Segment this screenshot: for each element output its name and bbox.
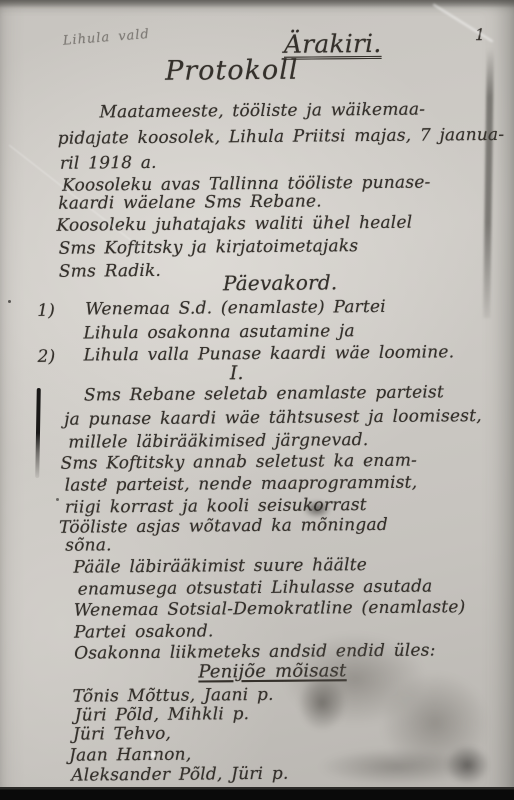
member-name: Aleksander Põld, Jüri p.: [71, 763, 288, 787]
handwriting-line: sõna.: [65, 534, 112, 556]
agenda-heading: Päevakord.: [223, 271, 338, 294]
handwriting-line: Lihula osakonna asutamine ja: [83, 320, 355, 344]
handwriting-line: Sms Rebane seletab enamlaste parteist: [84, 381, 444, 406]
handwriting-line: Wenemaa Sotsial-Demokratline (enamlaste): [74, 596, 466, 621]
doc-title: Protokoll: [165, 60, 299, 83]
handwriting-line: ja punase kaardi wäe tähtsusest ja loomi…: [64, 405, 482, 431]
handwriting-line: Sms Radik.: [59, 260, 161, 283]
copy-heading: Ärakiri.: [284, 33, 382, 56]
member-name: Jüri Tehvo,: [73, 723, 171, 746]
list-marker: 2): [38, 346, 56, 368]
handwriting-line: Partei osakond.: [74, 620, 214, 643]
handwriting-line: kaardi wäelane Sms Rebane.: [58, 190, 322, 214]
handwriting-line: Lihula valla Punase kaardi wäe loomine.: [84, 341, 455, 366]
handwriting-line: ril 1918 a.: [60, 152, 157, 175]
handwriting-line: laste parteist, nende maaprogrammist,: [65, 472, 418, 497]
section-heading: I.: [230, 362, 244, 384]
photo-frame: Lihula vald Ärakiri. 1 Protokoll Maatame…: [0, 0, 514, 800]
margin-note: Lihula vald: [62, 24, 151, 53]
handwriting-line: Wenemaa S.d. (enamlaste) Partei: [85, 296, 386, 321]
handwriting-line: Maatameeste, tööliste ja wäikemaa-: [99, 99, 425, 124]
list-marker: 1): [37, 300, 55, 322]
handwriting-line: pidajate koosolek, Lihula Priitsi majas,…: [58, 124, 505, 150]
handwriting-line: Sms Koftitsky annab seletust ka enam-: [60, 450, 417, 475]
handwriting-line: Pääle läbirääkimist suure häälte: [73, 554, 367, 579]
page-number: 1: [475, 24, 486, 46]
handwriting-line: Koosoleku juhatajaks waliti ühel healel: [56, 212, 412, 237]
handwriting-layer: Lihula vald Ärakiri. 1 Protokoll Maatame…: [0, 0, 514, 800]
handwriting-line: Sms Koftitsky ja kirjatoimetajaks: [59, 235, 359, 260]
subheading-penijoe-manor: Penijõe mõisast: [198, 660, 346, 683]
